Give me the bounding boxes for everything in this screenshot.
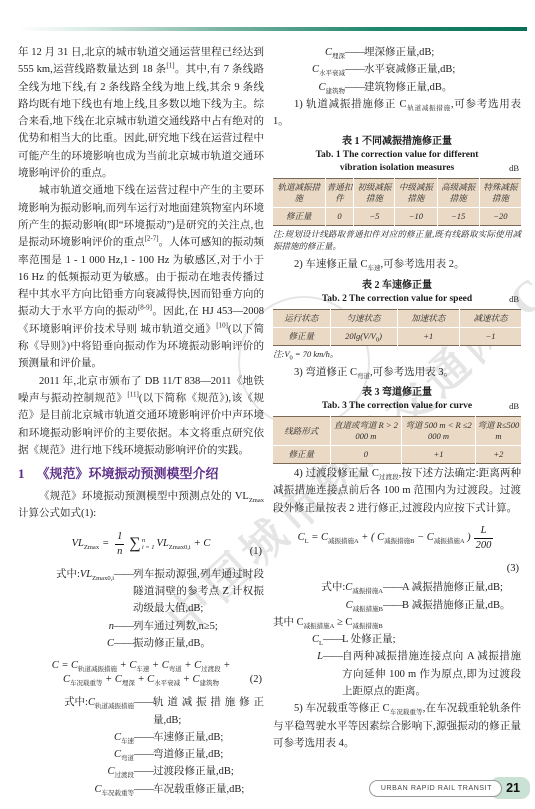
- formula-1-lhs: VLZmax: [72, 537, 99, 551]
- definition-row: n —— 列车通过列数,n≥5;: [18, 618, 264, 635]
- paragraph: 《规范》环境振动预测模型中预测点处的 VLZmax 计算公式如式(1):: [18, 488, 264, 523]
- header-gradient-bar: [18, 27, 527, 31]
- table-2-caption-zh: 表 2 车速修正量: [273, 279, 521, 293]
- paragraph: 2011 年,北京市颁布了 DB 11/T 838—2011《地铁噪声与振动控制…: [18, 373, 264, 459]
- section-heading: 1 《规范》环境振动预测模型介绍: [18, 464, 264, 484]
- definition-list: 式中:C轨道减振措施 —— 轨道减振措施修正量,dB; C车速 —— 车速修正量…: [18, 694, 264, 798]
- definition-list: 式中:C减振措施A —— A 减振措施修正量,dB; C减振措施B —— B 减…: [273, 579, 521, 614]
- table-row: 修正量 0 −5 −10 −15 −20: [273, 208, 521, 226]
- equals-sign: =: [102, 537, 109, 551]
- left-column: 年 12 月 31 日,北京的城市轨道交通运营里程已经达到 555 km,运营线…: [18, 44, 264, 798]
- section-number: 1: [18, 464, 25, 484]
- formula-2: C = C轨道减振措施 + C车速 + C弯道 + C过渡段 + C车况载重等 …: [18, 659, 264, 687]
- table-row: 修正量 20lg(V/V0) +1 −1: [273, 327, 521, 345]
- formula-3: CL = C减振措施A + ( C减振措施B − C减振措施A ) L 200: [273, 524, 521, 553]
- list-item-4: 4) 过渡段修正量 C过渡段,按下述方法确定:距离两种减振措施连接点前后各 10…: [273, 465, 521, 517]
- table-row: 线路形式 直道或弯道 R > 2 000 m 弯道 500 m < R ≤2 0…: [273, 417, 521, 446]
- list-item-2: 2) 车速修正量 C车速,可参考选用表 2。: [273, 256, 521, 273]
- table-1-caption-zh: 表 1 不同减振措施修正量: [273, 135, 521, 149]
- definition-list: 式中:VLZmax0,i —— 列车振动源强,列车通过时段隧道洞壁的参考点 Z …: [18, 566, 264, 652]
- formula-1-term: VLZmax0,i: [157, 537, 191, 551]
- fraction: 1 n: [115, 530, 124, 559]
- equation-number: (2): [250, 673, 262, 687]
- definition-list: CL —— L 处修正量; L —— 自两种减振措施连接点向 A 减振措施方向延…: [273, 631, 521, 700]
- right-column: C埋深 —— 埋深修正量,dB; C水平衰减 —— 水平衰减修正量,dB; C建…: [273, 44, 521, 752]
- table-unit: dB: [509, 162, 519, 175]
- definition-row: C —— 振动修正量,dB。: [18, 635, 264, 652]
- table-2-caption-en: Tab. 2 The correction value for speed dB: [273, 293, 521, 306]
- paragraph: 年 12 月 31 日,北京的城市轨道交通运营里程已经达到 555 km,运营线…: [18, 44, 264, 182]
- formula-1: VLZmax = 1 n ∑ n i = 1 VLZmax0,i + C (1): [18, 530, 264, 559]
- table-1-caption-en2: vibration isolation measures dB: [273, 162, 521, 175]
- paragraph: 城市轨道交通地下线在运营过程中产生的主要环境影响为振动影响,而列车运行对地面建筑…: [18, 182, 264, 372]
- table-3-caption-zh: 表 3 弯道修正量: [273, 386, 521, 400]
- paper-page: 中国城市轨道交通网.COM 年 12 月 31 日,北京的城市轨道交通运营里程已…: [0, 0, 535, 809]
- equation-number: (1): [250, 545, 262, 559]
- list-item-1: 1) 轨道减振措施修正 C轨道减振措施,可参考选用表 1。: [273, 96, 521, 131]
- table-row: 轨道减振措施 普通扣件 初级减振措施 中级减振措施 高级减振措施 特殊减振措施: [273, 179, 521, 208]
- sum-operator: ∑ n i = 1: [129, 537, 154, 552]
- table-1: 轨道减振措施 普通扣件 初级减振措施 中级减振措施 高级减振措施 特殊减振措施 …: [273, 178, 521, 226]
- table-2: 运行状态 匀速状态 加速状态 减速状态 修正量 20lg(V/V0) +1 −1: [273, 309, 521, 346]
- formula-1-tail: + C: [194, 537, 211, 551]
- list-item-3: 3) 弯道修正 C弯道,可参考选用表 3。: [273, 364, 521, 381]
- table-row: 修正量 0 +1 +2: [273, 446, 521, 464]
- table-unit: dB: [509, 293, 519, 306]
- table-2-block: 表 2 车速修正量 Tab. 2 The correction value fo…: [273, 279, 521, 360]
- table-3-caption-en: Tab. 3 The correction value for curve dB: [273, 400, 521, 413]
- definition-row: 式中:VLZmax0,i —— 列车振动源强,列车通过时段隧道洞壁的参考点 Z …: [18, 566, 264, 618]
- fraction: L 200: [474, 524, 494, 553]
- definition-list: C埋深 —— 埋深修正量,dB; C水平衰减 —— 水平衰减修正量,dB; C建…: [273, 44, 521, 96]
- table-2-note: 注:V0 = 70 km/h。: [273, 348, 521, 360]
- section-title: 《规范》环境振动预测模型介绍: [37, 464, 219, 484]
- table-unit: dB: [509, 400, 519, 413]
- condition-line: 其中 C减振措施A ≥ C减振措施B: [273, 614, 521, 631]
- table-1-note: 注:规划设计线路取普通扣件对应的修正量,既有线路取实际使用减振措施的修正量。: [273, 228, 521, 252]
- table-3: 线路形式 直道或弯道 R > 2 000 m 弯道 500 m < R ≤2 0…: [273, 416, 521, 464]
- table-3-block: 表 3 弯道修正量 Tab. 3 The correction value fo…: [273, 386, 521, 464]
- page-footer: URBAN RAPID RAIL TRANSIT 21: [369, 777, 530, 799]
- journal-name: URBAN RAPID RAIL TRANSIT: [369, 780, 502, 797]
- table-1-block: 表 1 不同减振措施修正量 Tab. 1 The correction valu…: [273, 135, 521, 252]
- table-row: 运行状态 匀速状态 加速状态 减速状态: [273, 309, 521, 327]
- list-item-5: 5) 车况载重等修正 C车况载重等,在车况载重轮轨条件与平稳驾驶水平等因素综合影…: [273, 700, 521, 752]
- table-1-caption-en: Tab. 1 The correction value for differen…: [273, 149, 521, 162]
- equation-number: (3): [273, 560, 519, 577]
